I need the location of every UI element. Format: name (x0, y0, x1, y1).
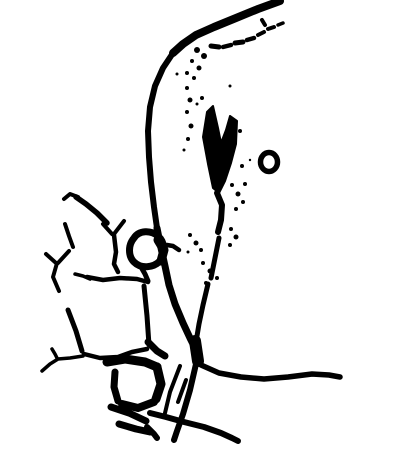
finger-hook (76, 197, 107, 223)
thumb-loop-bottom (122, 402, 154, 408)
fork-finger-left-arm (46, 254, 56, 263)
shoulder-dash-7 (278, 23, 283, 25)
card-left-edge (68, 310, 82, 351)
shoulder-dash-5 (258, 32, 264, 35)
ink-speckle (240, 164, 244, 168)
chest-dot-ring (261, 153, 278, 172)
ink-speckle (204, 281, 208, 285)
armpit-shadow-blob (203, 106, 237, 193)
finger-edge-line-1 (165, 366, 180, 413)
waist-line (201, 365, 340, 379)
shoulder-dash-8 (262, 20, 265, 25)
ink-speckle (201, 53, 207, 59)
hip-curve (150, 413, 238, 441)
ink-speckle (188, 98, 193, 103)
finger-stroke (65, 224, 73, 247)
ink-speckle (185, 110, 189, 114)
ink-speckle (229, 227, 233, 231)
ink-speckle (192, 76, 196, 80)
shoulder-dash-1 (211, 46, 219, 47)
ink-speckle (194, 47, 200, 53)
ink-speckle (243, 182, 247, 186)
inner-fork-right-arm (114, 221, 124, 234)
ink-speckle (208, 269, 213, 274)
card-right-edge (144, 286, 149, 345)
ink-speckle (194, 241, 199, 246)
shoulder-dash-2 (223, 45, 231, 47)
knuckle-tick (167, 245, 179, 250)
junction-knot (195, 341, 198, 361)
thumb-tip (147, 427, 157, 438)
ink-speckle (200, 96, 204, 100)
ink-speckle (199, 248, 203, 252)
ink-speckle (236, 192, 241, 197)
back-outline-upper (148, 53, 173, 228)
card-bottom-left-tail (42, 356, 83, 371)
ink-speckle (228, 243, 232, 247)
ink-speckle (241, 200, 245, 204)
fork-finger-right-arm (58, 251, 69, 263)
ink-speckle (190, 59, 194, 63)
shoulder-dash-4 (247, 38, 254, 40)
ink-speckle (234, 207, 238, 211)
arm-sketch-canvas (0, 0, 400, 449)
ink-speckle (196, 103, 199, 106)
shoulder-dash-6 (268, 27, 274, 29)
ink-speckle (185, 71, 189, 75)
ink-speckle (215, 276, 219, 280)
card-top-edge (87, 277, 148, 282)
thumb-loop-right (156, 367, 161, 399)
fork-finger-stem (53, 263, 59, 291)
thumb-loop-left (114, 372, 118, 401)
ink-speckle (186, 137, 190, 141)
ink-speckle (201, 261, 205, 265)
inner-arm-shade-1 (217, 193, 222, 232)
ink-speckle (249, 159, 251, 161)
inner-arm-shade-3 (196, 284, 208, 342)
ink-speckle (188, 233, 192, 237)
ink-speckle (234, 235, 239, 240)
ink-speckle (185, 86, 189, 90)
inner-fork-stem (114, 235, 118, 272)
ink-speckle (197, 66, 202, 71)
ink-speckle (183, 149, 186, 152)
card-corner-foot (148, 342, 165, 356)
ink-speckle (230, 183, 234, 187)
sketch-figure (0, 0, 400, 449)
ink-speckle (229, 85, 232, 88)
ink-speckle (238, 129, 242, 133)
ink-speckle (176, 73, 179, 76)
thumb-loop-top (107, 359, 157, 367)
ink-speckle (187, 251, 190, 254)
ink-speckle (189, 124, 194, 129)
shoulder-dash-3 (235, 42, 243, 43)
card-bottom-left-tick (52, 349, 57, 358)
